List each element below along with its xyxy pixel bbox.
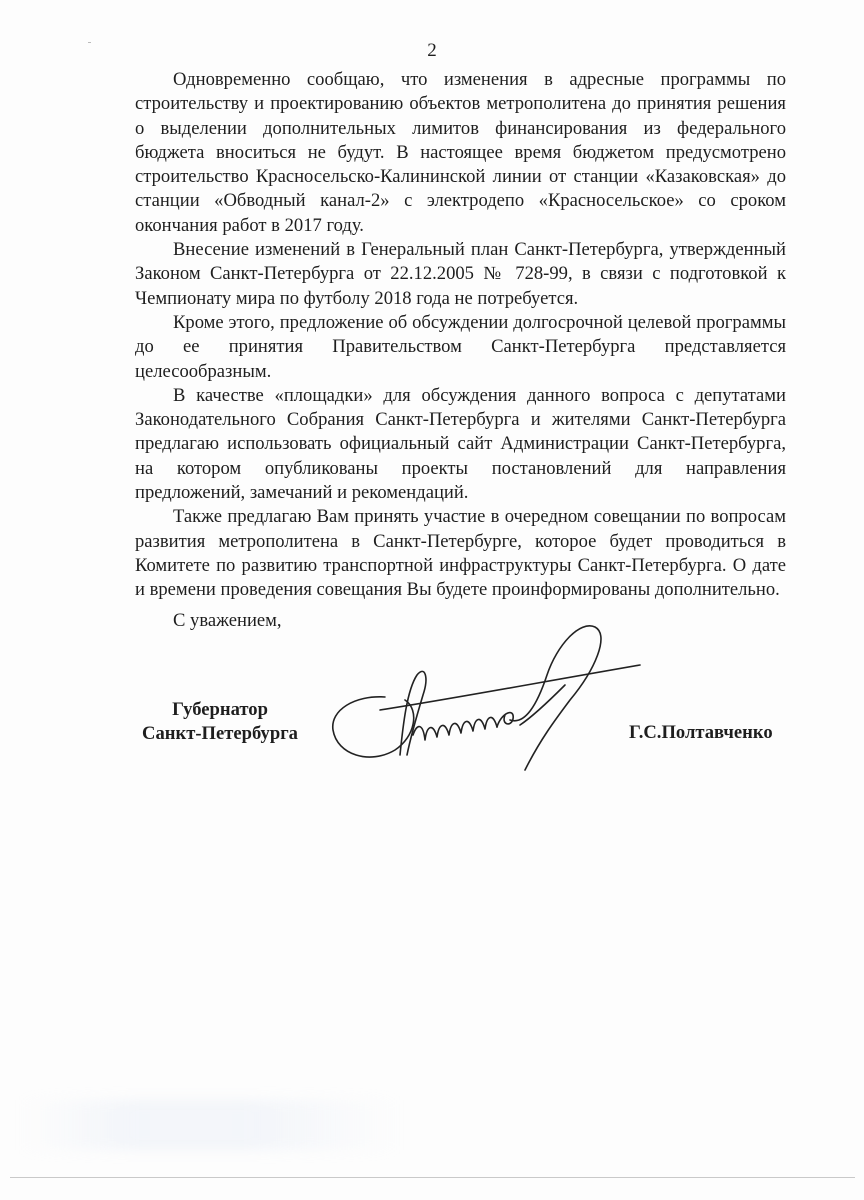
paragraph-meeting-invitation: Также предлагаю Вам принять участие в оч… (135, 505, 786, 602)
page-number: 2 (0, 40, 864, 62)
page-bottom-edge (10, 1177, 855, 1178)
letter-body: Одновременно сообщаю, что изменения в ад… (135, 68, 786, 603)
signature-icon (325, 615, 645, 785)
signatory-position: Губернатор Санкт-Петербурга (135, 698, 305, 746)
paragraph-general-plan: Внесение изменений в Генеральный план Са… (135, 238, 786, 311)
paragraph-metro-programs: Одновременно сообщаю, что изменения в ад… (135, 68, 786, 238)
paragraph-target-program: Кроме этого, предложение об обсуждении д… (135, 311, 786, 384)
position-line-1: Губернатор (135, 698, 305, 722)
paragraph-discussion-platform: В качестве «площадки» для обсуждения дан… (135, 384, 786, 505)
signatory-name: Г.С.Полтавченко (629, 722, 773, 744)
closing-salutation: С уважением, (173, 610, 282, 632)
position-line-2: Санкт-Петербурга (135, 722, 305, 746)
scan-artifact (20, 1100, 400, 1150)
